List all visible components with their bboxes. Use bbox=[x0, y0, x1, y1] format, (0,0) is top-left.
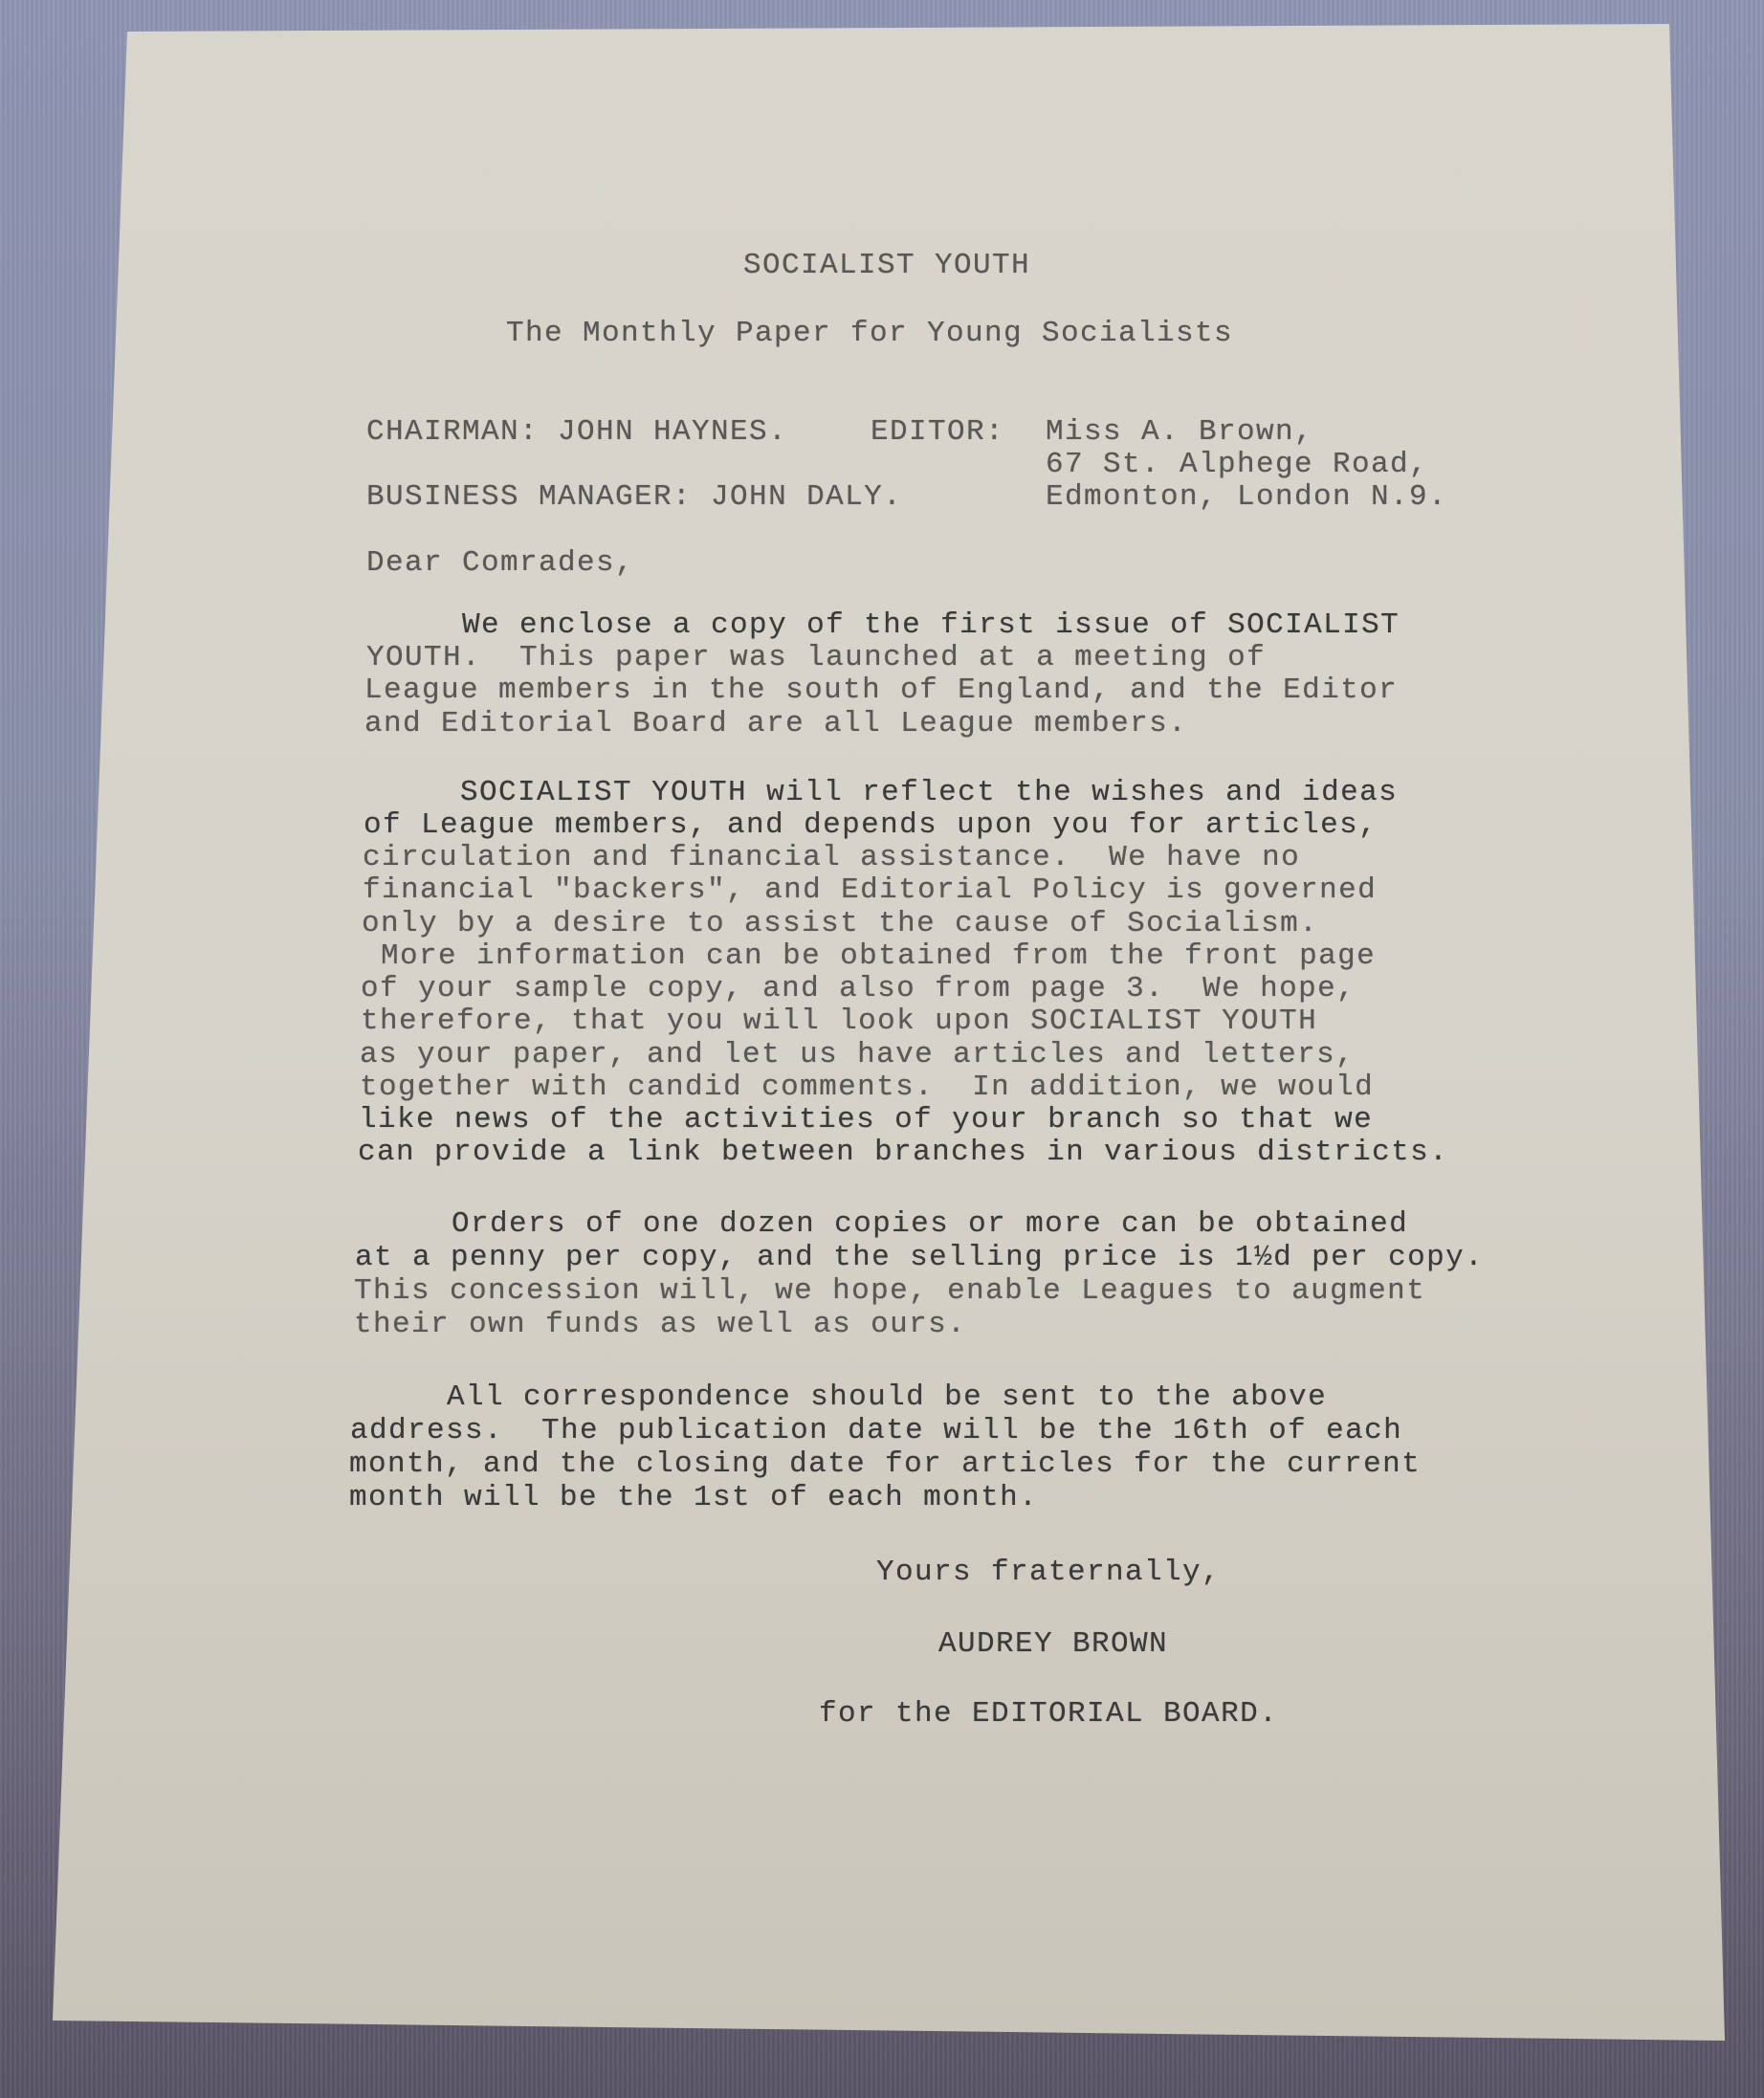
paragraph-line: YOUTH. This paper was launched at a meet… bbox=[366, 643, 1266, 673]
paragraph-line: their own funds as well as ours. bbox=[354, 1310, 966, 1339]
paragraph-line: therefore, that you will look upon SOCIA… bbox=[361, 1006, 1317, 1036]
editor-label: EDITOR: bbox=[871, 417, 1004, 447]
signatory-name: AUDREY BROWN bbox=[938, 1629, 1168, 1659]
valediction: Yours fraternally, bbox=[876, 1557, 1221, 1587]
paragraph-line: together with candid comments. In additi… bbox=[360, 1072, 1374, 1102]
signatory-capacity: for the EDITORIAL BOARD. bbox=[819, 1699, 1278, 1729]
chairman-line: CHAIRMAN: JOHN HAYNES. bbox=[366, 417, 787, 447]
editor-address-line-2: 67 St. Alphege Road, bbox=[1046, 450, 1428, 479]
paragraph-line: All correspondence should be sent to the… bbox=[351, 1382, 1327, 1412]
paragraph-line: as your paper, and let us have articles … bbox=[360, 1040, 1355, 1070]
letterhead-title: SOCIALIST YOUTH bbox=[743, 251, 1030, 280]
paragraph-line: can provide a link between branches in v… bbox=[358, 1137, 1448, 1167]
paragraph-line: of your sample copy, and also from page … bbox=[361, 974, 1356, 1004]
letterhead-subtitle: The Monthly Paper for Young Socialists bbox=[506, 319, 1233, 348]
paragraph-line: We enclose a copy of the first issue of … bbox=[366, 610, 1400, 640]
paragraph-line: League members in the south of England, … bbox=[364, 675, 1398, 705]
business-manager-line: BUSINESS MANAGER: JOHN DALY. bbox=[366, 482, 902, 512]
paragraph-line: and Editorial Board are all League membe… bbox=[364, 709, 1187, 739]
paragraph-line: circulation and financial assistance. We… bbox=[363, 843, 1300, 872]
paragraph-line: only by a desire to assist the cause of … bbox=[362, 909, 1318, 939]
paragraph-line: of League members, and depends upon you … bbox=[364, 810, 1378, 840]
paragraph-line: month will be the 1st of each month. bbox=[349, 1483, 1038, 1513]
paragraph-line: More information can be obtained from th… bbox=[362, 941, 1376, 971]
paragraph-line: This concession will, we hope, enable Le… bbox=[354, 1276, 1425, 1306]
paragraph-line: like news of the activities of your bran… bbox=[359, 1105, 1373, 1135]
paragraph-line: at a penny per copy, and the selling pri… bbox=[355, 1243, 1484, 1272]
paragraph-line: address. The publication date will be th… bbox=[350, 1416, 1402, 1446]
salutation: Dear Comrades, bbox=[366, 548, 634, 578]
paragraph-line: Orders of one dozen copies or more can b… bbox=[356, 1209, 1408, 1239]
paragraph-line: SOCIALIST YOUTH will reflect the wishes … bbox=[364, 778, 1398, 807]
editor-address-line-3: Edmonton, London N.9. bbox=[1046, 482, 1447, 512]
paragraph-line: financial "backers", and Editorial Polic… bbox=[363, 875, 1377, 905]
paragraph-line: month, and the closing date for articles… bbox=[349, 1449, 1421, 1479]
editor-address-line-1: Miss A. Brown, bbox=[1046, 417, 1313, 447]
